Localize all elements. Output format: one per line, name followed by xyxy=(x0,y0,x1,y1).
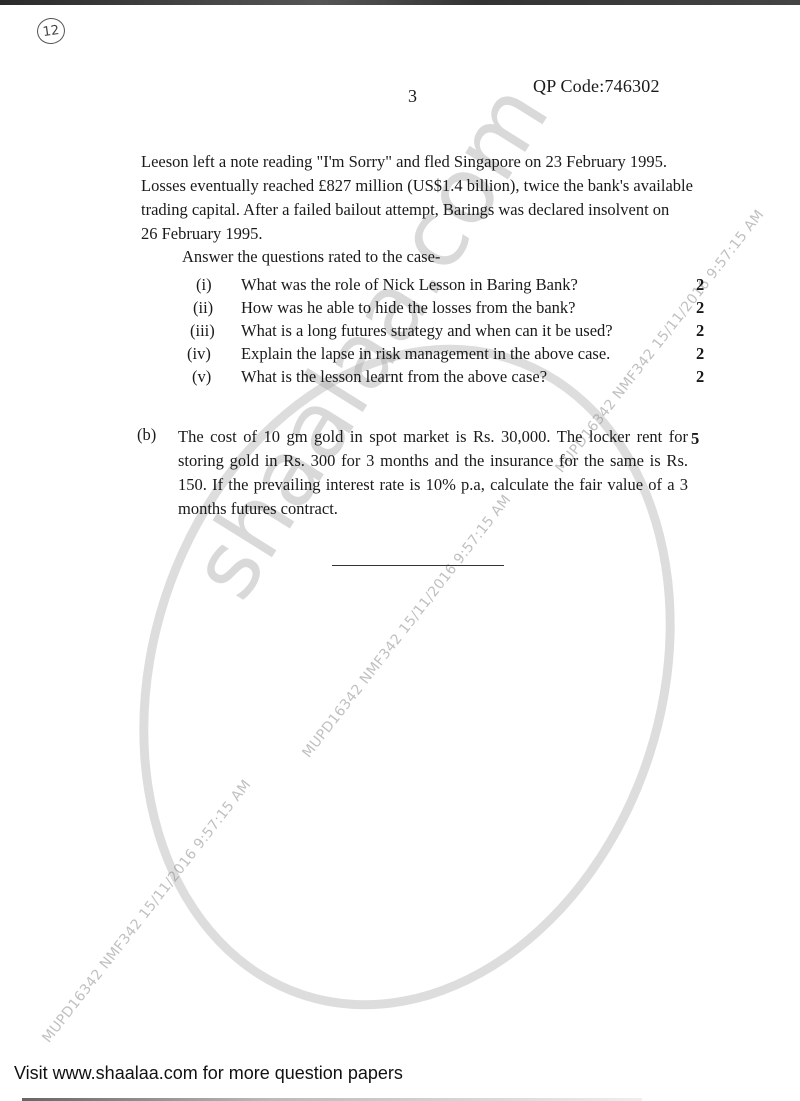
end-of-paper-rule xyxy=(332,565,504,566)
question-number: (v) xyxy=(192,367,211,387)
question-marks: 2 xyxy=(696,367,704,387)
question-marks: 2 xyxy=(696,344,704,364)
question-text: What was the role of Nick Lesson in Bari… xyxy=(241,275,578,295)
question-text: Explain the lapse in risk management in … xyxy=(241,344,610,364)
watermark-stamp-circle xyxy=(56,275,758,1080)
question-text: What is the lesson learnt from the above… xyxy=(241,367,547,387)
question-number: (iv) xyxy=(187,344,211,364)
case-line: 26 February 1995. xyxy=(141,222,701,246)
question-marks: 2 xyxy=(696,275,704,295)
question-marks: 2 xyxy=(696,298,704,318)
question-text: How was he able to hide the losses from … xyxy=(241,298,576,318)
qp-code: QP Code:746302 xyxy=(533,76,660,97)
case-paragraph: Leeson left a note reading "I'm Sorry" a… xyxy=(141,150,701,246)
scan-top-edge xyxy=(0,0,800,5)
question-number: (i) xyxy=(196,275,212,295)
footer-link-text[interactable]: Visit www.shaalaa.com for more question … xyxy=(14,1063,403,1084)
case-line: trading capital. After a failed bailout … xyxy=(141,198,701,222)
handwritten-page-mark: 12 xyxy=(35,16,66,46)
question-number: (iii) xyxy=(190,321,215,341)
part-b-label: (b) xyxy=(137,425,156,445)
case-line: Losses eventually reached £827 million (… xyxy=(141,174,701,198)
instruction-text: Answer the questions rated to the case- xyxy=(182,247,440,267)
question-text: What is a long futures strategy and when… xyxy=(241,321,613,341)
case-line: Leeson left a note reading "I'm Sorry" a… xyxy=(141,150,701,174)
part-b-question: The cost of 10 gm gold in spot market is… xyxy=(178,425,688,521)
question-marks: 2 xyxy=(696,321,704,341)
page-number: 3 xyxy=(408,86,417,107)
part-b-marks: 5 xyxy=(691,429,699,449)
question-number: (ii) xyxy=(193,298,213,318)
